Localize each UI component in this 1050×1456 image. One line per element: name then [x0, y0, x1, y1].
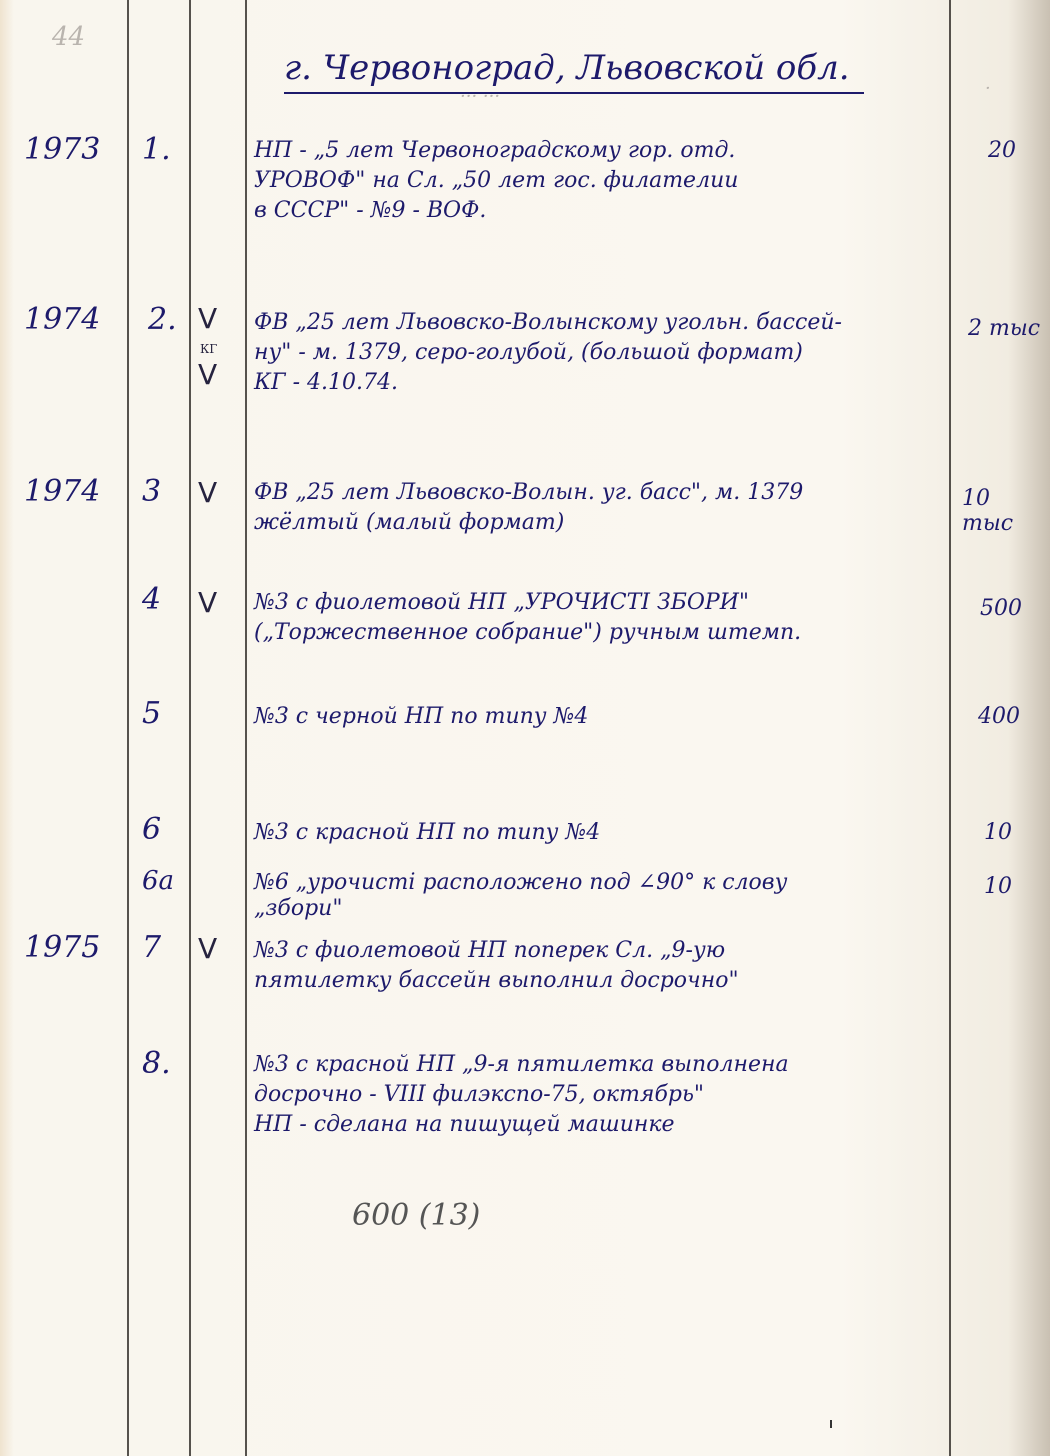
entry-number: 7: [142, 930, 161, 965]
entry-quantity: 400: [978, 704, 1050, 729]
ledger-page: ··· ··· · 44 г. Червоноград, Львовской о…: [0, 0, 1050, 1456]
column-divider-year: [127, 0, 129, 1456]
entry-number: 6а: [142, 866, 174, 896]
bleed-through-text: ·: [985, 78, 991, 99]
entry-description: №3 с фиолетовой НП „УРОЧИСТІ ЗБОРИ" („То…: [254, 588, 944, 648]
entry-description: №3 с черной НП по типу №4: [254, 702, 944, 732]
entry-quantity: 10 тыс: [962, 486, 1048, 536]
entry-quantity: 2 тыс: [968, 316, 1050, 341]
page-heading: г. Червоноград, Львовской обл.: [284, 48, 864, 94]
column-divider-quantity: [949, 0, 951, 1456]
entry-number: 6: [142, 812, 161, 847]
ink-speck: [830, 1420, 832, 1428]
entry-year: 1974: [24, 474, 100, 509]
entry-quantity: 500: [980, 596, 1050, 621]
page-number: 44: [52, 22, 85, 52]
entry-number: 3: [142, 474, 161, 509]
entry-quantity: 10: [984, 820, 1050, 845]
entry-year: 1974: [24, 302, 100, 337]
entry-description: №6 „урочисті расположено под ∠90° к слов…: [254, 870, 944, 922]
entry-quantity: 10: [984, 874, 1050, 899]
check-mark-icon: V: [198, 302, 217, 335]
entry-number: 1.: [142, 132, 171, 167]
footer-total-note: 600 (13): [352, 1198, 480, 1233]
entry-description: НП - „5 лет Червоноградскому гор. отд. У…: [254, 136, 944, 226]
entry-description: №3 с красной НП по типу №4: [254, 818, 944, 848]
entry-description: №3 с фиолетовой НП поперек Сл. „9-ую пят…: [254, 936, 944, 996]
entry-description: ФВ „25 лет Львовско-Волынскому угольн. б…: [254, 308, 944, 398]
entry-year: 1973: [24, 132, 100, 167]
entry-number: 4: [142, 582, 161, 617]
entry-number: 8.: [142, 1046, 171, 1081]
column-divider-check: [245, 0, 247, 1456]
column-divider-number: [189, 0, 191, 1456]
entry-quantity: 20: [988, 138, 1050, 163]
entry-description: №3 с красной НП „9-я пятилетка выполнена…: [254, 1050, 944, 1140]
check-mark-icon: V: [198, 932, 217, 965]
check-mark-icon: V: [198, 476, 217, 509]
check-mark-icon: V: [198, 358, 217, 391]
check-mark-icon: V: [198, 586, 217, 619]
entry-number: 5: [142, 696, 161, 731]
entry-description: ФВ „25 лет Львовско-Волын. уг. басс", м.…: [254, 478, 944, 538]
entry-year: 1975: [24, 930, 100, 965]
check-note: КГ: [200, 342, 217, 356]
entry-number: 2.: [148, 302, 177, 337]
